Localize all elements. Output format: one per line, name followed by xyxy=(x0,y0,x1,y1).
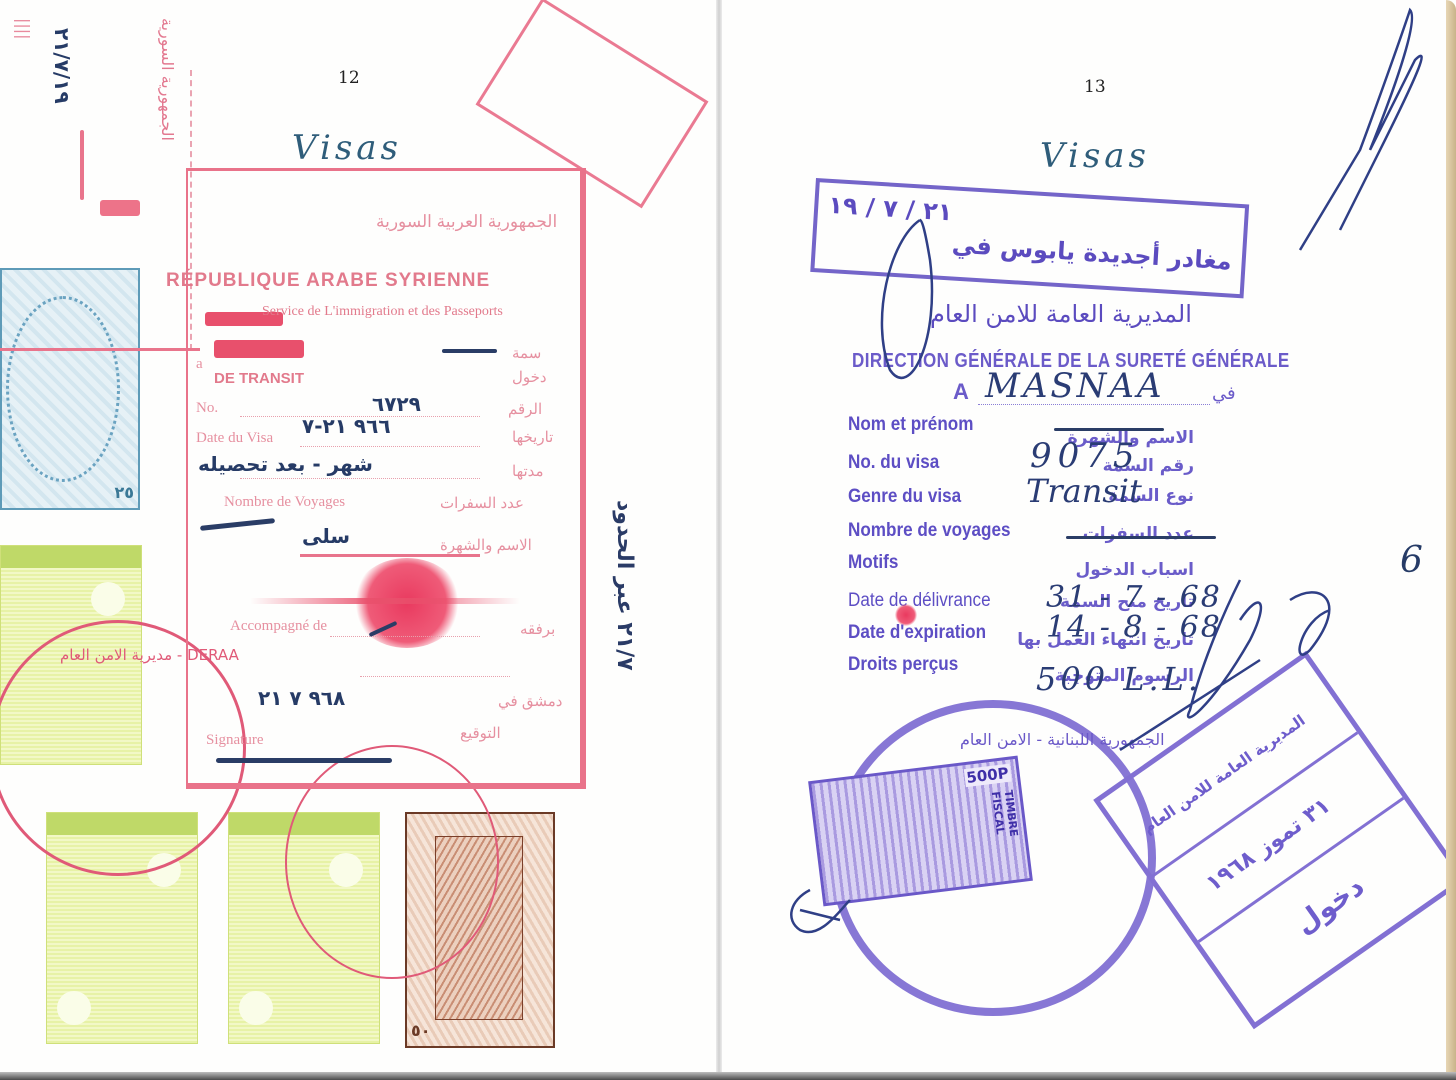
stamp-republic-line: RÉPUBLIQUE ARABE SYRIENNE xyxy=(166,270,490,292)
handwritten-signature xyxy=(216,758,392,763)
margin-handwritten-note: 6 xyxy=(1400,540,1423,581)
page-12: 12 Visas |||| ٢١/٧/١٩ الجمهورية السورية … xyxy=(0,0,720,1080)
signature-loop xyxy=(860,200,980,400)
handwritten-visa-number: 9075 xyxy=(1030,436,1141,476)
field-label-fr: Signature xyxy=(206,732,264,749)
field-label-fr: Date du Visa xyxy=(196,430,273,447)
field-label-ar: برفقه xyxy=(520,620,555,638)
field-label-visa-type: Genre du visa xyxy=(848,486,961,508)
stamp-service-line: Service de L'immigration et des Passepor… xyxy=(262,304,503,320)
field-line xyxy=(300,554,480,557)
stamp-line xyxy=(0,348,200,351)
handwritten-validity: شهر - بعد تحصيله xyxy=(198,452,373,476)
page-number: 13 xyxy=(1084,77,1106,97)
stamp-band xyxy=(1,546,141,568)
handwritten-visa-date: ٩٦٦ ٢١-٧ xyxy=(302,414,391,438)
handwritten-name: سلى xyxy=(302,524,350,548)
field-label-expiry-date: Date d'expiration xyxy=(848,622,986,644)
page-number: 12 xyxy=(338,68,360,88)
edge-stamp-arabic: الجمهورية السورية xyxy=(158,18,177,141)
stamp-arabic-header: الجمهورية العربية السورية xyxy=(376,212,557,232)
field-label-voyages: Nombre de voyages xyxy=(848,520,1011,542)
field-line xyxy=(330,636,480,637)
exit-text: مغادر أجديدة يابوس في xyxy=(951,230,1232,275)
field-label-motifs: Motifs xyxy=(848,552,898,574)
field-label-visa-no: No. du visa xyxy=(848,452,939,474)
handwritten-place: MASNAA xyxy=(985,366,1165,406)
field-label-ar: سمة xyxy=(512,344,541,362)
field-line xyxy=(240,478,480,479)
stamp-value: ٢٥ xyxy=(114,483,134,502)
stamp-value: 500P xyxy=(963,764,1011,788)
field-label-ar: عدد السفرات xyxy=(1083,524,1194,544)
field-label-fr: No. xyxy=(196,400,218,417)
fiscal-stamp-blue: ٢٥ xyxy=(0,268,140,510)
handwritten-dash xyxy=(442,349,497,353)
redacted-visa-type xyxy=(214,340,304,358)
field-label-ar: عدد السفرات xyxy=(440,494,524,512)
field-label-ar: الاسم والشهرة xyxy=(440,536,532,554)
margin-handwritten-note: ٢١/٧ عبر الحدود xyxy=(612,500,637,671)
field-label-name: Nom et prénom xyxy=(848,414,973,436)
handwritten-dash xyxy=(1066,536,1216,539)
handwritten-issue-date: ٩٦٨ ٧ ٢١ xyxy=(258,686,345,710)
handwritten-visa-number: ٦٧٢٩ xyxy=(372,392,421,416)
stamp-value-circle xyxy=(91,582,125,616)
page-edge xyxy=(1446,0,1456,1080)
place-suffix: في xyxy=(1212,383,1236,404)
signature-scribble xyxy=(1280,0,1440,260)
page-title: Visas xyxy=(1040,136,1150,176)
field-label-fr: Accompagné de xyxy=(230,618,327,635)
side-column-handwriting: ٢١/٧/١٩ xyxy=(50,28,74,104)
page-title: Visas xyxy=(292,128,402,168)
stamp-mark xyxy=(80,130,84,200)
entry-type: دخول xyxy=(1289,869,1371,940)
field-label-ar: التوقيع xyxy=(460,724,501,742)
field-label-ar: دخول xyxy=(512,368,547,386)
stamp-value-circle xyxy=(239,991,273,1025)
field-label-fees: Droits perçus xyxy=(848,654,958,676)
ink-smear xyxy=(250,598,520,604)
field-label-ar: دمشق في xyxy=(498,692,562,710)
field-line xyxy=(360,676,510,677)
stamp-value: ٥٠ xyxy=(411,1021,431,1040)
book-edge xyxy=(0,1072,1456,1080)
field-label-issue-date: Date de délivrance xyxy=(848,590,991,612)
field-label-ar: الرقم xyxy=(508,400,542,418)
entry-date: ٣١ تموز ١٩٦٨ xyxy=(1202,793,1335,897)
stamp-emblem xyxy=(6,296,120,482)
edge-stamp-text: |||| xyxy=(14,18,33,40)
stamp-side-text: TIMBRE FISCAL xyxy=(989,789,1026,881)
field-line xyxy=(978,404,1210,405)
stamp-value-circle xyxy=(57,991,91,1025)
field-label: a xyxy=(196,356,203,373)
field-line xyxy=(300,446,480,447)
handwritten-visa-type: Transit xyxy=(1026,472,1142,510)
handwritten-dash xyxy=(1054,428,1164,431)
visa-type-stamp: DE TRANSIT xyxy=(214,370,304,387)
ink-smudge xyxy=(100,200,140,216)
field-label-fr: Nombre de Voyages xyxy=(224,494,345,511)
field-label-ar: مدتها xyxy=(512,462,544,480)
signature-scribble xyxy=(1100,560,1380,760)
passport-spread: 12 Visas |||| ٢١/٧/١٩ الجمهورية السورية … xyxy=(0,0,1456,1080)
field-label-ar: تاريخها xyxy=(512,428,553,446)
signature-scribble xyxy=(780,880,860,950)
